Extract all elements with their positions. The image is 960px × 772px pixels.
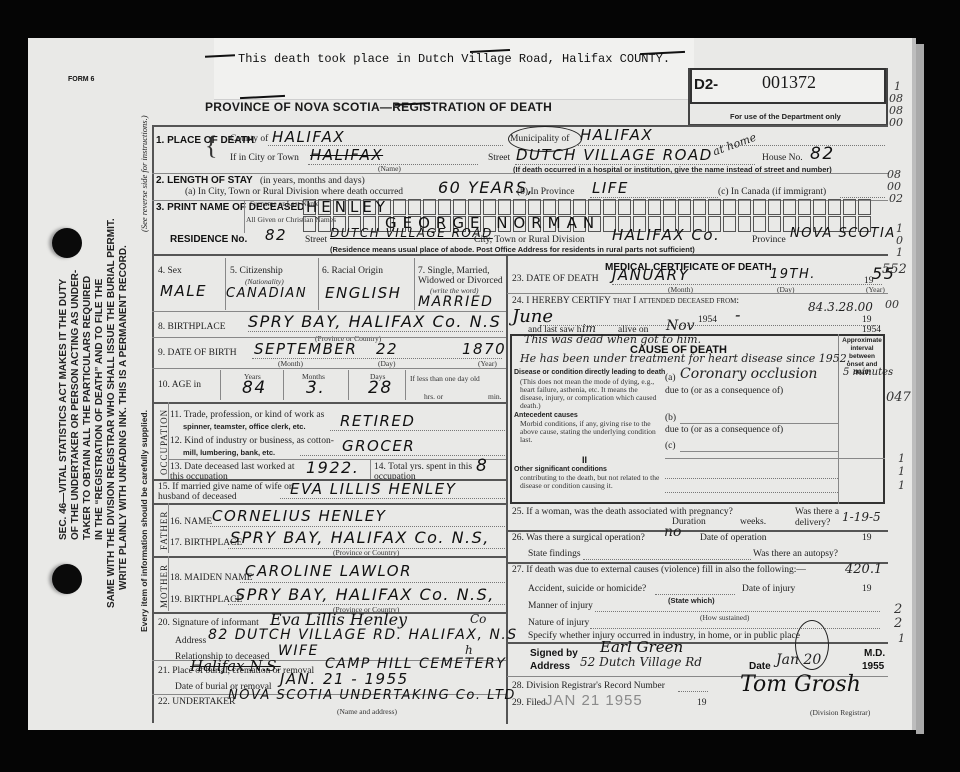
nature-label: Nature of injury	[528, 618, 589, 628]
filed-stamp: JAN 21 1955	[545, 692, 643, 709]
physician-date-year: 1955	[862, 661, 884, 672]
handwritten-note-2: He has been under treatment for heart di…	[520, 352, 850, 365]
stay-province-value: LIFE	[592, 179, 629, 197]
citizenship-hint: (Nationality)	[245, 277, 284, 286]
undertaker-value: NOVA SCOTIA UNDERTAKING Co. LTD	[228, 688, 516, 703]
statute-line-2: OF THE UNDERTAKER OR PERSON ACTING AS UN…	[70, 270, 82, 540]
surname-value: HENLEY	[306, 198, 389, 216]
antecedent-hint: Morbid conditions, if any, giving rise t…	[520, 420, 660, 444]
dob-day-hint: (Day)	[378, 359, 396, 368]
street-value: DUTCH VILLAGE ROAD	[516, 146, 713, 164]
margin-code-10: 1	[896, 246, 903, 259]
brace: {	[205, 131, 217, 161]
informant-signature-suffix: Co	[470, 612, 486, 626]
dob-day: 22	[376, 340, 398, 358]
age-days: 28	[368, 378, 393, 398]
registrar-signature: Tom Grosh	[740, 672, 861, 697]
see-reverse-note: (See reverse side for instructions.)	[138, 115, 150, 232]
length-of-stay-hint: (in years, months and days)	[260, 176, 365, 186]
dob-month-hint: (Month)	[278, 359, 303, 368]
form-title: PROVINCE OF NOVA SCOTIA—REGISTRATION OF …	[205, 100, 552, 114]
statute-line-1: SEC. 46—VITAL STATISTICS ACT MAKES IT TH…	[58, 279, 70, 540]
direct-cause-hint: (This does not mean the mode of dying, e…	[520, 378, 660, 410]
circle-annotation	[795, 620, 829, 670]
margin-code-12: 00	[885, 298, 899, 311]
cause-a-prefix: (a)	[665, 373, 676, 383]
residence-label: RESIDENCE No.	[170, 234, 247, 245]
birthplace-value: SPRY BAY, HALIFAX Co. N.S	[248, 312, 501, 331]
attended-from-year: 1954	[698, 315, 717, 325]
registrar-hint: (Division Registrar)	[810, 708, 870, 717]
burial-date: JAN. 21 - 1955	[280, 670, 409, 688]
municipality-value: HALIFAX	[580, 126, 653, 144]
accident-label: Accident, suicide or homicide?	[528, 584, 646, 594]
province-label: Province	[752, 235, 786, 245]
state-which-hint: (State which)	[668, 596, 715, 605]
q27-label: 27. If death was due to external causes …	[512, 565, 806, 575]
father-name-label: 16. NAME	[170, 517, 212, 527]
death-day: 19TH.	[770, 267, 816, 282]
house-value: 82	[810, 144, 835, 164]
total-years-value: 8	[476, 456, 488, 476]
section-ii-label: II	[582, 455, 587, 465]
surname-label: Surname or Last Name	[250, 200, 300, 208]
citizenship-value: CANADIAN	[226, 286, 307, 301]
other-conditions-hint: contributing to the death, but not relat…	[520, 474, 660, 490]
municipality-label: Municipality of	[510, 134, 569, 144]
county-label: County of	[230, 134, 268, 144]
mother-birthplace: SPRY BAY, HALIFAX Co. N.S,	[235, 585, 495, 604]
residence-no: 82	[265, 226, 287, 244]
q26-label: 26. Was there a surgical operation?	[512, 533, 645, 543]
cause-b-prefix: (b)	[665, 413, 676, 423]
death-month: JANUARY	[612, 266, 689, 284]
delivery-note: 1-19-5	[842, 510, 881, 524]
dob-year-hint: (Year)	[478, 359, 497, 368]
undertaker-label: 22. UNDERTAKER	[158, 697, 235, 707]
statute-line-5: SAME WITH THE DIVISION REGISTRAR WHO SHA…	[106, 218, 118, 608]
cause-c-prefix: (c)	[665, 441, 676, 451]
city-label: If in City or Town	[230, 153, 299, 163]
min-label: min.	[488, 392, 502, 401]
burial-place-struck: Halifax N.S.	[190, 657, 281, 675]
filed-label: 29. Filed	[512, 698, 546, 708]
attended-note: 84.3.28.00	[808, 300, 873, 314]
industry-value: GROCER	[342, 437, 415, 455]
under-one-day-label: If less than one day old	[410, 374, 480, 383]
dob-label: 9. DATE OF BIRTH	[158, 348, 237, 358]
trade-label: 11. Trade, profession, or kind of work a…	[170, 410, 324, 420]
city-value: HALIFAX	[310, 146, 383, 164]
province-value: NOVA SCOTIA	[790, 226, 896, 241]
citizenship-label: 5. Citizenship	[230, 266, 283, 276]
informant-address: 82 DUTCH VILLAGE RD. HALIFAX, N.S	[208, 627, 518, 643]
page-edge	[916, 44, 924, 734]
attended-from: June	[512, 306, 553, 327]
physician-address-label: Address	[530, 661, 570, 672]
mother-maiden: CAROLINE LAWLOR	[245, 562, 412, 580]
hrs-label: hrs. or	[424, 392, 443, 401]
residence-city-label: City, Town or Rural Division	[474, 235, 585, 245]
residence-note: (Residence means usual place of abode. P…	[330, 245, 695, 254]
cause-a-value: Coronary occlusion	[680, 366, 817, 382]
typed-location: This death took place in Dutch Village R…	[238, 52, 670, 66]
relationship-value: WIFE	[278, 643, 319, 659]
margin-code-11: 552	[882, 262, 907, 277]
antecedent-label: Antecedent causes	[514, 412, 578, 419]
father-birthplace: SPRY BAY, HALIFAX Co. N.S,	[230, 528, 490, 547]
form-left-border	[152, 125, 154, 723]
due-to-b-label: due to (or as a consequence of)	[665, 425, 783, 435]
stay-province-label: (b) In Province	[517, 187, 575, 197]
margin-code-4: 00	[889, 116, 903, 129]
q27-code: 420.1	[845, 562, 882, 577]
injury-date-label: Date of injury	[742, 584, 795, 594]
statute-line-3: TAKER TO OBTAIN ALL THE PARTICULARS REQU…	[82, 276, 94, 540]
injury-year-prefix: 19	[862, 584, 872, 594]
residence-street-label: Street	[305, 235, 327, 245]
sex-value: MALE	[160, 282, 207, 300]
stay-city-label: (a) In City, Town or Rural Division wher…	[185, 187, 403, 197]
margin-code-13: 047	[886, 390, 911, 405]
father-name: CORNELIUS HENLEY	[212, 507, 386, 525]
margin-code-18: 2	[894, 616, 902, 631]
residence-city: HALIFAX Co.	[612, 226, 720, 244]
marital-label: 7. Single, Married, Widowed or Divorced	[418, 266, 508, 286]
record-number-label: 28. Division Registrar's Record Number	[512, 681, 665, 691]
direct-cause-label: Disease or condition directly leading to…	[514, 369, 665, 376]
department-note: For use of the Department only	[730, 112, 841, 121]
marital-value: MARRIED	[418, 294, 493, 310]
margin-code-7: 02	[889, 192, 903, 205]
spouse-value: EVA LILLIS HENLEY	[290, 480, 456, 498]
print-name-label: 3. PRINT NAME OF DECEASED	[156, 202, 246, 214]
stay-canada-label: (c) In Canada (if immigrant)	[718, 187, 826, 197]
alive-on: Nov	[666, 318, 695, 334]
trade-hint: spinner, teamster, office clerk, etc.	[183, 422, 306, 431]
registration-number: 001372	[762, 72, 816, 93]
operation-date-label: Date of operation	[700, 533, 766, 543]
other-conditions-label: Other significant conditions	[514, 466, 607, 473]
statute-line-4: IN THE “REGISTRATION OF DEATH” AND TO FI…	[94, 279, 106, 540]
signed-by-label: Signed by	[530, 648, 578, 659]
physician-date-label: Date	[749, 661, 771, 672]
weeks-label: weeks.	[740, 517, 766, 527]
margin-code-16: 1	[898, 479, 905, 492]
cause-a-interval: 5 minutes	[843, 367, 893, 378]
how-sustained-hint: (How sustained)	[700, 613, 749, 622]
death-date-label: 23. DATE OF DEATH	[512, 274, 599, 284]
age-months: 3.	[306, 378, 325, 398]
age-label: 10. AGE in	[158, 380, 201, 390]
dob-month: SEPTEMBER	[254, 340, 357, 358]
binder-hole-top	[52, 228, 82, 258]
racial-origin-label: 6. Racial Origin	[322, 266, 383, 276]
registration-prefix: D2-	[694, 76, 718, 93]
margin-code-17: 2	[894, 602, 902, 617]
md-label: M.D.	[864, 648, 885, 659]
operation-year-prefix: 19	[862, 533, 872, 543]
margin-code-15: 1	[898, 465, 905, 478]
dob-year: 1870	[462, 340, 506, 358]
attended-to-prefix: 19	[862, 315, 872, 325]
spouse-label: 15. If married give name of wife or husb…	[158, 482, 298, 502]
margin-code-19: 1	[898, 632, 905, 645]
county-value: HALIFAX	[272, 128, 345, 146]
informant-address-label: Address	[175, 636, 206, 646]
length-of-stay-label: 2. LENGTH OF STAY	[156, 175, 253, 186]
given-names-label: All Given or Christian Names	[246, 216, 302, 224]
filed-year-prefix: 19	[697, 698, 707, 708]
form-top-border	[152, 125, 888, 127]
form-label: FORM 6	[68, 76, 94, 83]
binder-hole-bottom	[52, 564, 82, 594]
place-of-death-label: 1. PLACE OF DEATH	[156, 135, 206, 146]
autopsy-label: Was there an autopsy?	[753, 549, 838, 559]
last-worked-value: 1922.	[306, 458, 359, 477]
street-label: Street	[488, 153, 510, 163]
manner-label: Manner of injury	[528, 601, 593, 611]
racial-origin-value: ENGLISH	[325, 284, 401, 302]
name-hint: (Name)	[378, 164, 401, 173]
every-item-note: Every item of information should be care…	[138, 410, 150, 632]
due-to-a-label: due to (or as a consequence of)	[665, 386, 783, 396]
trade-value: RETIRED	[340, 412, 415, 430]
physician-address: 52 Dutch Village Rd	[580, 655, 702, 669]
certify-label: 24. I HEREBY CERTIFY that I attended dec…	[512, 296, 739, 306]
residence-street: DUTCH VILLAGE ROAD	[330, 226, 493, 240]
margin-code-14: 1	[898, 452, 905, 465]
physician-signature: Earl Green	[600, 638, 683, 656]
relationship-mark: h	[465, 643, 473, 657]
surgical-value: no	[664, 524, 681, 540]
industry-label: 12. Kind of industry or business, as cot…	[170, 436, 334, 446]
typed-location-slip	[214, 38, 694, 100]
column-divider	[506, 254, 508, 724]
house-label: House No.	[762, 153, 803, 163]
undertaker-hint: (Name and address)	[337, 707, 397, 716]
findings-label: State findings	[528, 549, 581, 559]
industry-hint: mill, lumbering, bank, etc.	[183, 448, 275, 457]
birthplace-label: 8. BIRTHPLACE	[158, 322, 226, 332]
statute-line-6: WRITE PLAINLY WITH UNFADING INK. THIS IS…	[118, 245, 130, 590]
age-years: 84	[242, 378, 267, 398]
sex-label: 4. Sex	[158, 266, 182, 276]
